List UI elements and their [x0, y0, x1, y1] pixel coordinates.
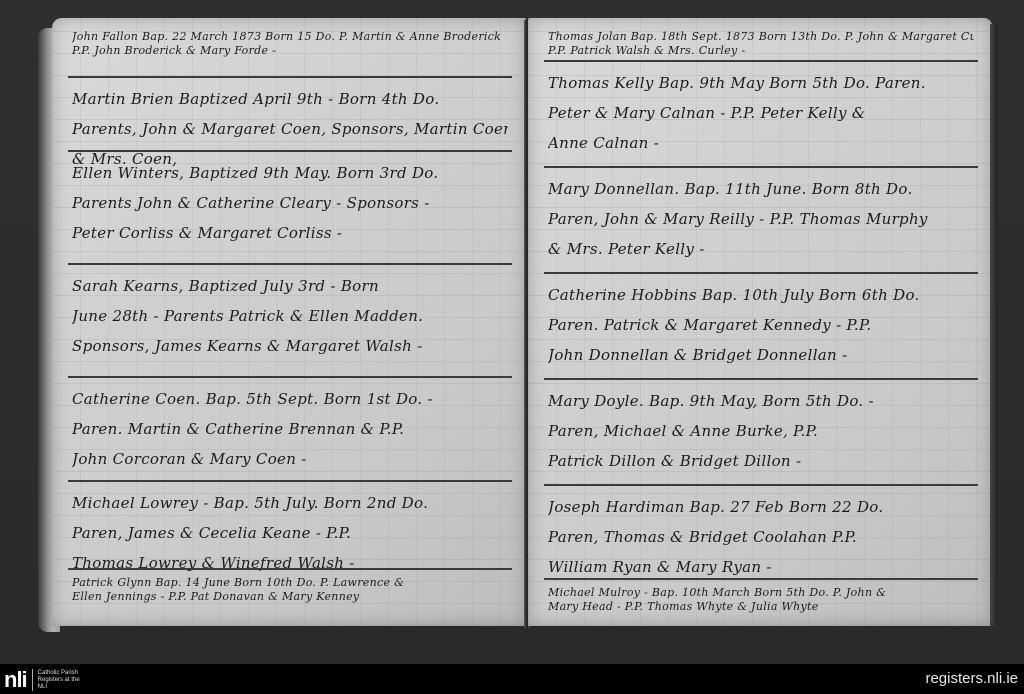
entry-line: & Mrs. Peter Kelly -	[548, 234, 974, 264]
entry-line: Catherine Coen. Bap. 5th Sept. Born 1st …	[72, 384, 508, 414]
image-viewer[interactable]: John Fallon Bap. 22 March 1873 Born 15 D…	[0, 0, 1024, 664]
entry-line: Mary Donnellan. Bap. 11th June. Born 8th…	[548, 174, 974, 204]
entry-line: Ellen Winters, Baptized 9th May. Born 3r…	[72, 158, 508, 188]
left-page: John Fallon Bap. 22 March 1873 Born 15 D…	[52, 18, 526, 626]
entry-line: Parents, John & Margaret Coen, Sponsors,…	[72, 114, 508, 144]
register-entry: Mary Donnellan. Bap. 11th June. Born 8th…	[544, 166, 978, 264]
register-entry: Michael Lowrey - Bap. 5th July. Born 2nd…	[68, 480, 512, 578]
entry-line: Michael Lowrey - Bap. 5th July. Born 2nd…	[72, 488, 508, 518]
entry-line: Mary Doyle. Bap. 9th May, Born 5th Do. -	[548, 386, 974, 416]
footer-bar: nli Catholic Parish Registers at the NLI…	[0, 664, 1024, 694]
register-book: John Fallon Bap. 22 March 1873 Born 15 D…	[38, 18, 1000, 630]
entry-line: Sponsors, James Kearns & Margaret Walsh …	[72, 331, 508, 361]
entry-line: Paren, Michael & Anne Burke, P.P.	[548, 416, 974, 446]
entry-line: John Donnellan & Bridget Donnellan -	[548, 340, 974, 370]
entry-line: Peter & Mary Calnan - P.P. Peter Kelly &	[548, 98, 974, 128]
nli-logo[interactable]: nli Catholic Parish Registers at the NLI	[4, 668, 88, 692]
site-link[interactable]: registers.nli.ie	[925, 670, 1018, 687]
entry-line: Michael Mulroy - Bap. 10th March Born 5t…	[548, 586, 974, 600]
register-entry: Ellen Winters, Baptized 9th May. Born 3r…	[68, 150, 512, 248]
entry-line: P.P. John Broderick & Mary Forde -	[72, 44, 508, 58]
register-entry: Catherine Hobbins Bap. 10th July Born 6t…	[544, 272, 978, 370]
nli-logo-mark: nli	[4, 669, 33, 691]
register-entry: John Fallon Bap. 22 March 1873 Born 15 D…	[68, 26, 512, 58]
entry-line: Paren, Thomas & Bridget Coolahan P.P.	[548, 522, 974, 552]
entry-line: Patrick Dillon & Bridget Dillon -	[548, 446, 974, 476]
entry-line: Mary Head - P.P. Thomas Whyte & Julia Wh…	[548, 600, 974, 614]
register-entry: Thomas Kelly Bap. 9th May Born 5th Do. P…	[544, 60, 978, 158]
entry-line: Paren, James & Cecelia Keane - P.P.	[72, 518, 508, 548]
entry-line: Thomas Jolan Bap. 18th Sept. 1873 Born 1…	[548, 30, 974, 44]
entry-line: June 28th - Parents Patrick & Ellen Madd…	[72, 301, 508, 331]
entry-line: Ellen Jennings - P.P. Pat Donavan & Mary…	[72, 590, 508, 604]
register-entry: Catherine Coen. Bap. 5th Sept. Born 1st …	[68, 376, 512, 474]
entry-line: Peter Corliss & Margaret Corliss -	[72, 218, 508, 248]
register-entry: Sarah Kearns, Baptized July 3rd - BornJu…	[68, 263, 512, 361]
register-entry: Joseph Hardiman Bap. 27 Feb Born 22 Do.P…	[544, 484, 978, 582]
entry-line: Paren. Martin & Catherine Brennan & P.P.	[72, 414, 508, 444]
register-entry: Michael Mulroy - Bap. 10th March Born 5t…	[544, 578, 978, 614]
entry-line: Anne Calnan -	[548, 128, 974, 158]
entry-line: P.P. Patrick Walsh & Mrs. Curley -	[548, 44, 974, 58]
entry-line: John Corcoran & Mary Coen -	[72, 444, 508, 474]
entry-line: John Fallon Bap. 22 March 1873 Born 15 D…	[72, 30, 508, 44]
entry-line: Joseph Hardiman Bap. 27 Feb Born 22 Do.	[548, 492, 974, 522]
nli-logo-text: Catholic Parish Registers at the NLI	[38, 670, 88, 691]
entry-line: Martin Brien Baptized April 9th - Born 4…	[72, 84, 508, 114]
entry-line: Paren. Patrick & Margaret Kennedy - P.P.	[548, 310, 974, 340]
entry-line: Paren, John & Mary Reilly - P.P. Thomas …	[548, 204, 974, 234]
entry-line: Parents John & Catherine Cleary - Sponso…	[72, 188, 508, 218]
register-entry: Patrick Glynn Bap. 14 June Born 10th Do.…	[68, 568, 512, 604]
entry-line: Patrick Glynn Bap. 14 June Born 10th Do.…	[72, 576, 508, 590]
register-entry: Thomas Jolan Bap. 18th Sept. 1873 Born 1…	[544, 26, 978, 58]
entry-line: Thomas Kelly Bap. 9th May Born 5th Do. P…	[548, 68, 974, 98]
right-page: Thomas Jolan Bap. 18th Sept. 1873 Born 1…	[528, 18, 992, 626]
book-edge-right	[990, 24, 998, 626]
entry-line: Catherine Hobbins Bap. 10th July Born 6t…	[548, 280, 974, 310]
entry-line: Sarah Kearns, Baptized July 3rd - Born	[72, 271, 508, 301]
register-entry: Mary Doyle. Bap. 9th May, Born 5th Do. -…	[544, 378, 978, 476]
